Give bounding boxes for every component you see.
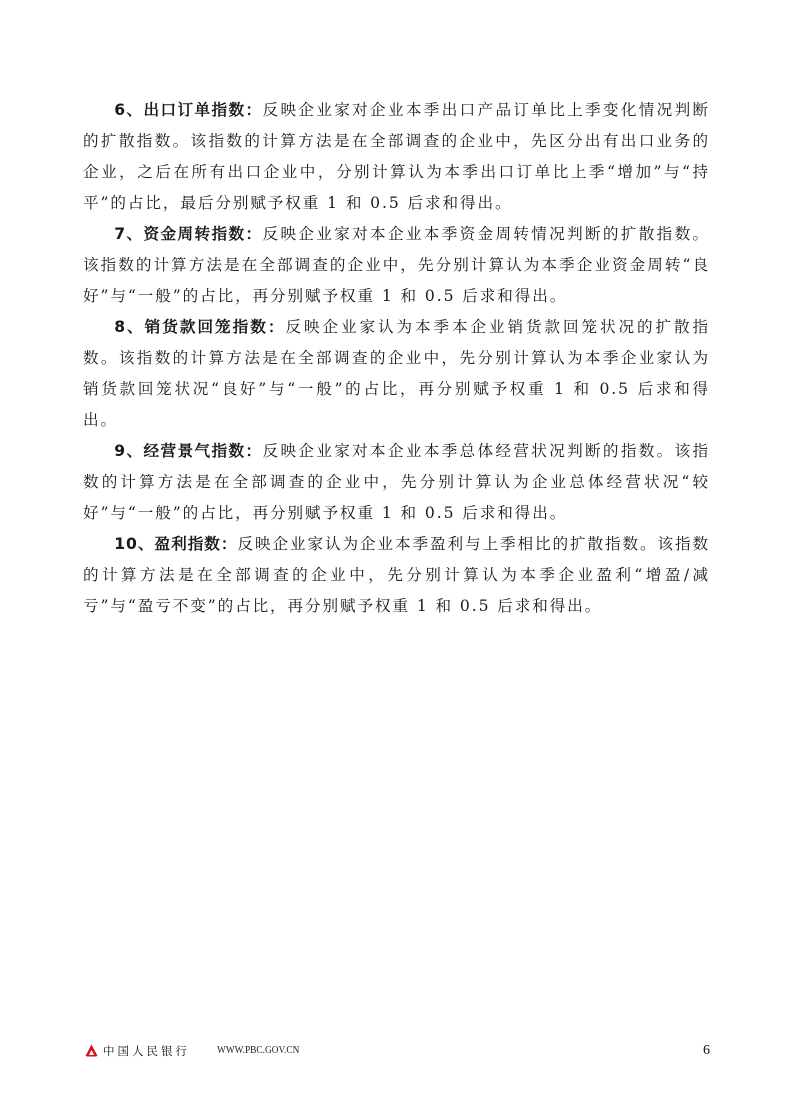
paragraph-business-climate-index: 9、经营景气指数：反映企业家对本企业本季总体经营状况判断的指数。该指数的计算方法… — [83, 436, 710, 529]
term-export-orders-index: 6、出口订单指数： — [114, 101, 262, 119]
page-footer: 中国人民银行 WWW.PBC.GOV.CN 6 — [85, 1043, 715, 1061]
term-sales-collection-index: 8、销货款回笼指数： — [114, 318, 285, 336]
site-url-link[interactable]: WWW.PBC.GOV.CN — [217, 1044, 299, 1056]
paragraph-capital-turnover-index: 7、资金周转指数：反映企业家对本企业本季资金周转情况判断的扩散指数。该指数的计算… — [83, 219, 710, 312]
page-number: 6 — [703, 1043, 710, 1059]
bank-name: 中国人民银行 — [103, 1043, 190, 1059]
term-business-climate-index: 9、经营景气指数： — [114, 442, 262, 460]
document-body: 6、出口订单指数：反映企业家对企业本季出口产品订单比上季变化情况判断的扩散指数。… — [83, 95, 710, 622]
paragraph-sales-collection-index: 8、销货款回笼指数：反映企业家认为本季本企业销货款回笼状况的扩散指数。该指数的计… — [83, 312, 710, 436]
term-capital-turnover-index: 7、资金周转指数： — [114, 225, 262, 243]
paragraph-profit-index: 10、盈利指数：反映企业家认为企业本季盈利与上季相比的扩散指数。该指数的计算方法… — [83, 529, 710, 622]
pbc-logo-icon — [85, 1044, 98, 1057]
term-profit-index: 10、盈利指数： — [114, 535, 237, 553]
paragraph-export-orders-index: 6、出口订单指数：反映企业家对企业本季出口产品订单比上季变化情况判断的扩散指数。… — [83, 95, 710, 219]
